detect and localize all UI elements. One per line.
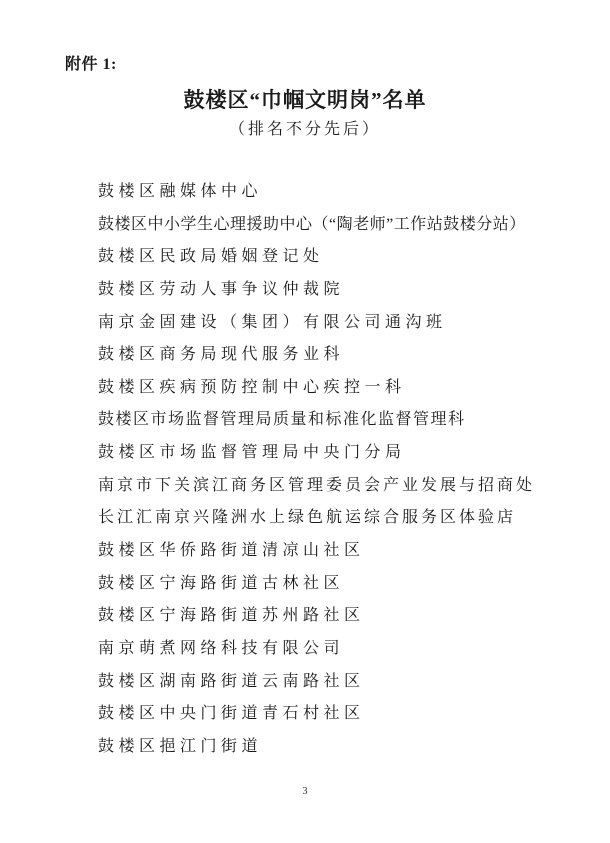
document-title: 鼓楼区“巾帼文明岗”名单 <box>0 84 610 114</box>
list-item: 鼓楼区劳动人事争议仲裁院 <box>98 274 535 307</box>
list-item: 南京市下关滨江商务区管理委员会产业发展与招商处 <box>98 470 535 503</box>
list-item: 鼓楼区市场监督管理局中央门分局 <box>98 437 535 470</box>
list-item: 鼓楼区挹江门街道 <box>98 731 535 764</box>
list-item: 长江汇南京兴隆洲水上绿色航运综合服务区体验店 <box>98 502 535 535</box>
list-item: 鼓楼区市场监督管理局质量和标准化监督管理科 <box>98 404 535 437</box>
list-item: 鼓楼区中小学生心理援助中心（“陶老师”工作站鼓楼分站） <box>98 209 535 242</box>
award-list: 鼓楼区融媒体中心鼓楼区中小学生心理援助中心（“陶老师”工作站鼓楼分站）鼓楼区民政… <box>98 176 535 764</box>
page-number: 3 <box>0 786 610 797</box>
list-item: 鼓楼区宁海路街道古林社区 <box>98 568 535 601</box>
list-item: 鼓楼区湖南路街道云南路社区 <box>98 666 535 699</box>
list-item: 鼓楼区疾病预防控制中心疾控一科 <box>98 372 535 405</box>
list-item: 鼓楼区商务局现代服务业科 <box>98 339 535 372</box>
list-item: 鼓楼区华侨路街道清凉山社区 <box>98 535 535 568</box>
list-item: 南京萌煮网络科技有限公司 <box>98 633 535 666</box>
list-item: 鼓楼区民政局婚姻登记处 <box>98 241 535 274</box>
list-item: 鼓楼区中央门街道青石村社区 <box>98 698 535 731</box>
list-item: 南京金固建设（集团）有限公司通沟班 <box>98 307 535 340</box>
document-page: 附件 1: 鼓楼区“巾帼文明岗”名单 （排名不分先后） 鼓楼区融媒体中心鼓楼区中… <box>0 0 610 843</box>
document-subtitle: （排名不分先后） <box>0 116 610 139</box>
attachment-label: 附件 1: <box>65 51 117 74</box>
list-item: 鼓楼区融媒体中心 <box>98 176 535 209</box>
list-item: 鼓楼区宁海路街道苏州路社区 <box>98 600 535 633</box>
